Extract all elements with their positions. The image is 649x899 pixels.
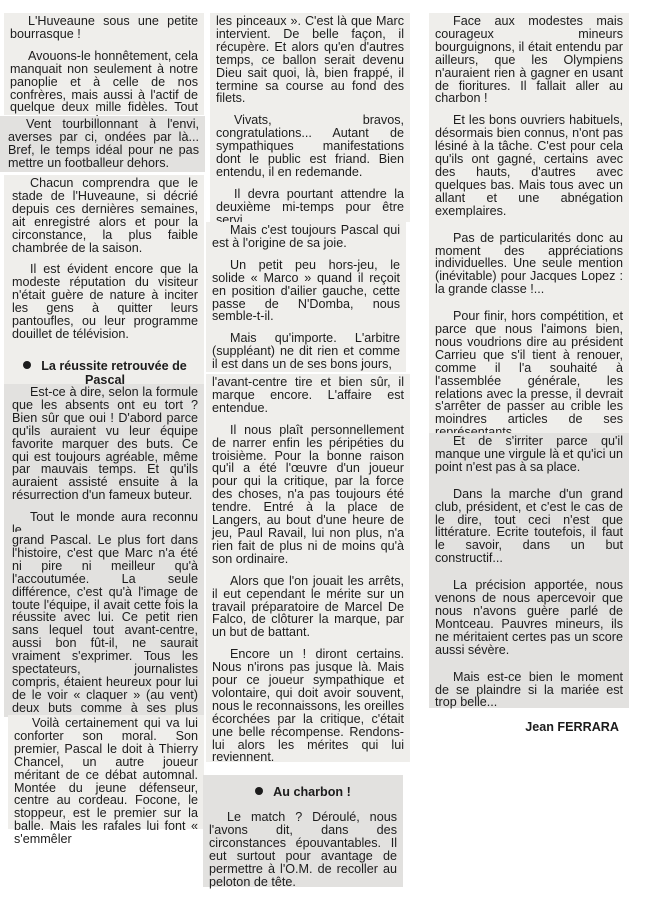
clip-col1-f: Voilà certainement qui va lui conforter … <box>8 715 204 829</box>
paragraph: Et de s'irriter parce qu'il manque une v… <box>435 435 623 474</box>
paragraph: Dans la marche d'un grand club, présiden… <box>435 488 623 565</box>
clip-col1-d: Est-ce à dire, selon la formule que les … <box>4 384 204 532</box>
paragraph: Il nous plaît personnellement de narrer … <box>212 424 404 566</box>
clip-col3-b: Et de s'irriter parce qu'il manque une v… <box>429 433 629 708</box>
bullet-icon <box>255 787 263 795</box>
clip-col2-d: Au charbon ! Le match ? Déroulé, nous l'… <box>203 775 403 887</box>
clip-col1-c: Chacun comprendra que le stade de l'Huve… <box>4 175 204 385</box>
paragraph: Face aux modestes mais courageux mineurs… <box>435 15 623 105</box>
paragraph: Pour finir, hors compétition, et parce q… <box>435 310 623 439</box>
paragraph: Pas de particularités donc au moment des… <box>435 232 623 297</box>
paragraph: Il devra pourtant attendre la deuxième m… <box>216 188 404 227</box>
paragraph: Voilà certainement qui va lui conforter … <box>14 717 198 846</box>
paragraph: Est-ce à dire, selon la formule que les … <box>12 386 198 502</box>
paragraph: Le match ? Déroulé, nous l'avons dit, da… <box>209 811 397 888</box>
paragraph: Chacun comprendra que le stade de l'Huve… <box>12 177 198 254</box>
paragraph: les pinceaux ». C'est là que Marc interv… <box>216 15 404 105</box>
paragraph: La précision apportée, nous venons de no… <box>435 579 623 656</box>
clip-col3-a: Face aux modestes mais courageux mineurs… <box>429 13 629 433</box>
section-heading: Au charbon ! <box>209 785 397 799</box>
paragraph: Vent tourbillonnant à l'envi, averses pa… <box>8 118 199 170</box>
author-signature: Jean FERRARA <box>435 721 623 734</box>
clip-col1-b: Vent tourbillonnant à l'envi, averses pa… <box>0 116 205 172</box>
paragraph: Encore un ! diront certains. Nous n'iron… <box>212 648 404 764</box>
paragraph: Alors que l'on jouait les arrêts, il eut… <box>212 575 404 640</box>
paragraph: Mais est-ce bien le moment de se plaindr… <box>435 671 623 710</box>
paragraph: l'avant-centre tire et bien sûr, il marq… <box>212 376 404 415</box>
paragraph: Et les bons ouvriers habituels, désormai… <box>435 114 623 217</box>
paragraph: Mais qu'importe. L'arbitre (suppléant) n… <box>212 332 400 371</box>
paragraph: grand Pascal. Le plus fort dans l'histoi… <box>12 534 198 728</box>
clip-col2-b: Mais c'est toujours Pascal qui est à l'o… <box>206 222 406 372</box>
paragraph: Un petit peu hors-jeu, le solide « Marco… <box>212 259 400 324</box>
clip-col2-c: l'avant-centre tire et bien sûr, il marq… <box>206 374 410 762</box>
paragraph: Vivats, bravos, congratulations... Autan… <box>216 114 404 179</box>
clip-col2-a: les pinceaux ». C'est là que Marc interv… <box>210 13 410 222</box>
clip-col1-a: L'Huveaune sous une petite bourrasque ! … <box>4 13 204 115</box>
paragraph: L'Huveaune sous une petite bourrasque ! <box>10 15 198 41</box>
bullet-icon <box>23 361 31 369</box>
paragraph: Il est évident encore que la modeste rép… <box>12 263 198 340</box>
section-heading: La réussite retrouvée de Pascal <box>12 359 198 387</box>
paragraph: Mais c'est toujours Pascal qui est à l'o… <box>212 224 400 250</box>
clip-col1-e: grand Pascal. Le plus fort dans l'histoi… <box>4 532 204 717</box>
